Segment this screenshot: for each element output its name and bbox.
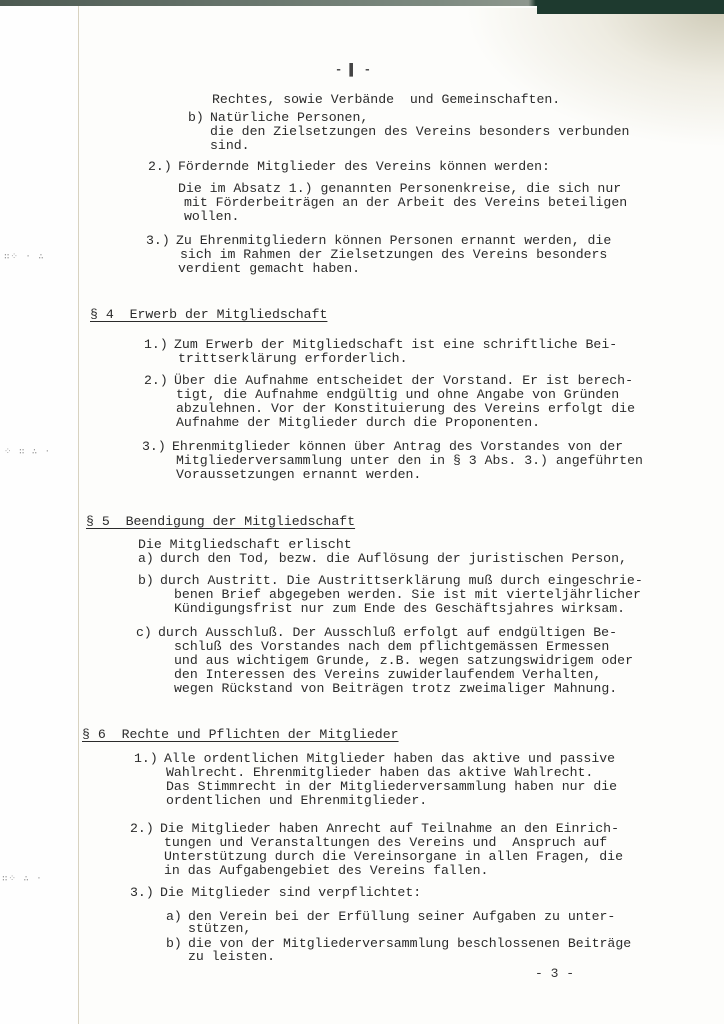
item-label: c) — [136, 626, 152, 640]
section-heading-5: § 5 Beendigung der Mitgliedschaft — [86, 515, 355, 529]
item-label: a) — [166, 910, 182, 924]
text-line: sich im Rahmen der Zielsetzungen des Ver… — [180, 248, 607, 262]
text-line: wollen. — [184, 210, 239, 224]
item-label: 2.) — [148, 160, 172, 174]
text-line: den Verein bei der Erfüllung seiner Aufg… — [188, 910, 615, 924]
text-line: die den Zielsetzungen des Vereins besond… — [210, 125, 629, 139]
text-line: mit Förderbeiträgen an der Arbeit des Ve… — [184, 196, 627, 210]
text-line: Rechtes, sowie Verbände und Gemeinschaft… — [212, 93, 560, 107]
item-label: 3.) — [130, 886, 154, 900]
text-line: Zum Erwerb der Mitgliedschaft ist eine s… — [174, 338, 617, 352]
item-label: a) — [138, 552, 154, 566]
text-line: benen Brief abgegeben werden. Sie ist mi… — [174, 588, 641, 602]
text-line: und aus wichtigem Grunde, z.B. wegen sat… — [174, 654, 633, 668]
item-label: 3.) — [146, 234, 170, 248]
text-line: Zu Ehrenmitgliedern können Personen erna… — [176, 234, 611, 248]
item-label: 2.) — [130, 822, 154, 836]
text-line: Die Mitglieder sind verpflichtet: — [160, 886, 421, 900]
text-line: Alle ordentlichen Mitglieder haben das a… — [164, 752, 615, 766]
text-line: Voraussetzungen ernannt werden. — [176, 468, 421, 482]
item-label: b) — [166, 937, 182, 951]
text-line: abzulehnen. Vor der Konstituierung des V… — [176, 402, 635, 416]
text-line: wegen Rückstand von Beiträgen trotz zwei… — [174, 682, 617, 696]
text-line: stützen, — [188, 922, 251, 936]
adjacent-page-edge — [0, 4, 79, 1024]
text-line: in das Aufgabengebiet des Vereins fallen… — [164, 864, 488, 878]
page-top-mark: - ▌ - — [335, 63, 371, 77]
item-label: 1.) — [144, 338, 168, 352]
text-line: Das Stimmrecht in der Mitgliederversamml… — [166, 780, 617, 794]
text-line: Die im Absatz 1.) genannten Personenkrei… — [178, 182, 621, 196]
text-line: durch den Tod, bezw. die Auflösung der j… — [160, 552, 627, 566]
margin-mark: ⁘ ∷ ∴ · — [4, 447, 51, 457]
text-line: Die Mitgliedschaft erlischt — [138, 538, 352, 552]
margin-mark: ∷⁘ ∴ · — [2, 874, 43, 884]
text-line: Kündigungsfrist nur zum Ende des Geschäf… — [174, 602, 625, 616]
section-heading-4: § 4 Erwerb der Mitgliedschaft — [90, 308, 327, 322]
text-line: Über die Aufnahme entscheidet der Vorsta… — [174, 374, 633, 388]
scanner-edge-dark — [537, 0, 724, 14]
text-line: tungen und Veranstaltungen des Vereins u… — [164, 836, 607, 850]
item-label: 2.) — [144, 374, 168, 388]
text-line: Die Mitglieder haben Anrecht auf Teilnah… — [160, 822, 619, 836]
item-label: b) — [138, 574, 154, 588]
text-line: durch Austritt. Die Austrittserklärung m… — [160, 574, 643, 588]
text-line: zu leisten. — [188, 950, 275, 964]
item-label: 1.) — [134, 752, 158, 766]
text-line: den Interessen des Vereins zuwiderlaufen… — [174, 668, 601, 682]
margin-mark: ∷⁘ · ∴ — [4, 252, 45, 262]
text-line: Aufnahme der Mitglieder durch die Propon… — [176, 416, 540, 430]
text-line: durch Ausschluß. Der Ausschluß erfolgt a… — [158, 626, 617, 640]
page-number: - 3 - — [535, 966, 574, 981]
item-label: b) — [188, 111, 204, 125]
text-line: Natürliche Personen, — [210, 111, 368, 125]
text-line: Mitgliederversammlung unter den in § 3 A… — [176, 454, 643, 468]
text-line: Ehrenmitglieder können über Antrag des V… — [172, 440, 623, 454]
text-line: Unterstützung durch die Vereinsorgane in… — [164, 850, 623, 864]
text-line: ordentlichen und Ehrenmitglieder. — [166, 794, 427, 808]
item-label: 3.) — [142, 440, 166, 454]
text-line: trittserklärung erforderlich. — [178, 352, 408, 366]
text-line: schluß des Vorstandes nach dem pflichtge… — [174, 640, 609, 654]
text-line: tigt, die Aufnahme endgültig und ohne An… — [176, 388, 619, 402]
text-line: sind. — [210, 139, 250, 153]
section-heading-6: § 6 Rechte und Pflichten der Mitglieder — [82, 728, 399, 742]
text-line: verdient gemacht haben. — [178, 262, 360, 276]
text-line: Wahlrecht. Ehrenmitglieder haben das akt… — [166, 766, 593, 780]
text-line: Fördernde Mitglieder des Vereins können … — [178, 160, 550, 174]
